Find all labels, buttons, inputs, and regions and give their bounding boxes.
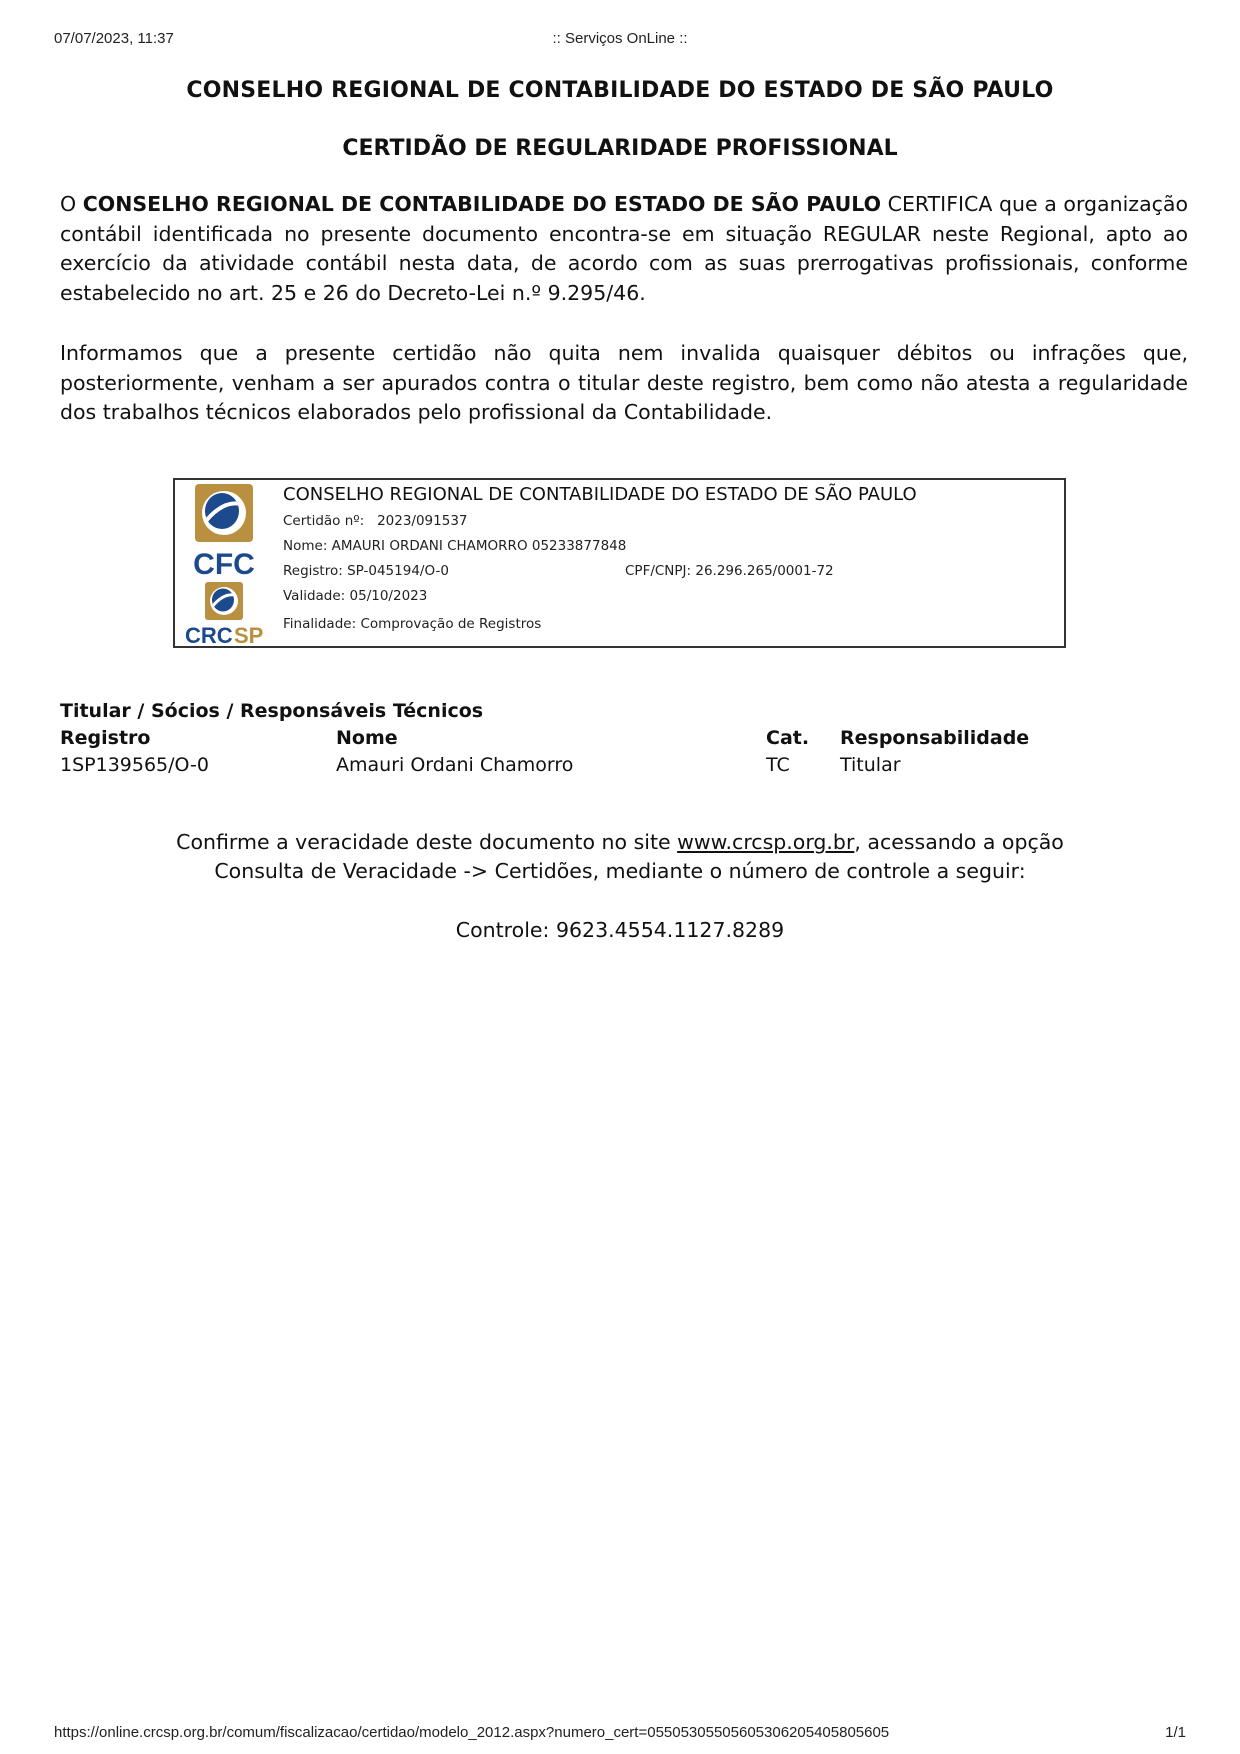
print-url: https://online.crcsp.org.br/comum/fiscal… bbox=[54, 1724, 889, 1741]
svg-text:CFC: CFC bbox=[193, 548, 255, 581]
validade-value: 05/10/2023 bbox=[350, 588, 428, 604]
finalidade-label: Finalidade: bbox=[283, 616, 356, 632]
registro-label: Registro: bbox=[283, 563, 343, 579]
column-header-cat: Cat. bbox=[766, 727, 809, 749]
finalidade-value: Comprovação de Registros bbox=[360, 616, 541, 632]
cpf-label: CPF/CNPJ: bbox=[625, 563, 691, 579]
confirm-text-before: Confirme a veracidade deste documento no… bbox=[176, 830, 677, 854]
cpf-cnpj: CPF/CNPJ: 26.296.265/0001-72 bbox=[625, 563, 834, 579]
table-cell-registro: 1SP139565/O-0 bbox=[60, 754, 209, 776]
table-cell-cat: TC bbox=[766, 754, 790, 776]
nome-label: Nome: bbox=[283, 538, 327, 554]
document-title: CONSELHO REGIONAL DE CONTABILIDADE DO ES… bbox=[0, 78, 1240, 103]
confirm-text-after: , acessando a opção bbox=[854, 830, 1063, 854]
certificate-stamp: CFC CRC SP CONSELHO REGIONAL DE CONTABIL… bbox=[173, 478, 1066, 648]
nome-value: AMAURI ORDANI CHAMORRO 05233877848 bbox=[332, 538, 627, 554]
controle-value: 9623.4554.1127.8289 bbox=[556, 918, 784, 942]
finalidade: Finalidade: Comprovação de Registros bbox=[283, 616, 541, 632]
table-cell-responsabilidade: Titular bbox=[840, 754, 901, 776]
cfc-crcsp-logo-icon: CFC CRC SP bbox=[183, 482, 265, 646]
column-header-responsabilidade: Responsabilidade bbox=[840, 727, 1029, 749]
council-name-bold: CONSELHO REGIONAL DE CONTABILIDADE DO ES… bbox=[83, 192, 881, 216]
crcsp-site-link[interactable]: www.crcsp.org.br bbox=[677, 830, 854, 854]
svg-text:SP: SP bbox=[234, 623, 263, 646]
control-number: Controle: 9623.4554.1127.8289 bbox=[0, 918, 1240, 942]
column-header-registro: Registro bbox=[60, 727, 150, 749]
socios-section-title: Titular / Sócios / Responsáveis Técnicos bbox=[60, 700, 483, 722]
verification-instructions: Confirme a veracidade deste documento no… bbox=[0, 828, 1240, 886]
confirm-text-line2: Consulta de Veracidade -> Certidões, med… bbox=[214, 859, 1025, 883]
certidao-label: Certidão nº: bbox=[283, 513, 364, 529]
holder-name: Nome: AMAURI ORDANI CHAMORRO 05233877848 bbox=[283, 538, 626, 554]
print-footer: https://online.crcsp.org.br/comum/fiscal… bbox=[0, 1724, 1240, 1744]
validade: Validade: 05/10/2023 bbox=[283, 588, 427, 604]
stamp-title: CONSELHO REGIONAL DE CONTABILIDADE DO ES… bbox=[283, 484, 917, 505]
column-header-nome: Nome bbox=[336, 727, 398, 749]
registro: Registro: SP-045194/O-0 bbox=[283, 563, 449, 579]
certidao-value: 2023/091537 bbox=[377, 513, 467, 529]
table-cell-nome: Amauri Ordani Chamorro bbox=[336, 754, 573, 776]
print-header: 07/07/2023, 11:37 :: Serviços OnLine :: bbox=[0, 30, 1240, 50]
print-page-title: :: Serviços OnLine :: bbox=[0, 30, 1240, 47]
cpf-value: 26.296.265/0001-72 bbox=[695, 563, 833, 579]
controle-label: Controle: bbox=[456, 918, 550, 942]
document-subtitle: CERTIDÃO DE REGULARIDADE PROFISSIONAL bbox=[0, 136, 1240, 161]
disclaimer-paragraph: Informamos que a presente certidão não q… bbox=[60, 339, 1188, 428]
certification-paragraph: O CONSELHO REGIONAL DE CONTABILIDADE DO … bbox=[60, 190, 1188, 308]
print-page-number: 1/1 bbox=[1165, 1724, 1186, 1741]
paragraph-prefix: O bbox=[60, 192, 83, 216]
svg-text:CRC: CRC bbox=[185, 623, 233, 646]
certidao-number: Certidão nº: 2023/091537 bbox=[283, 513, 468, 529]
registro-value: SP-045194/O-0 bbox=[347, 563, 449, 579]
validade-label: Validade: bbox=[283, 588, 345, 604]
